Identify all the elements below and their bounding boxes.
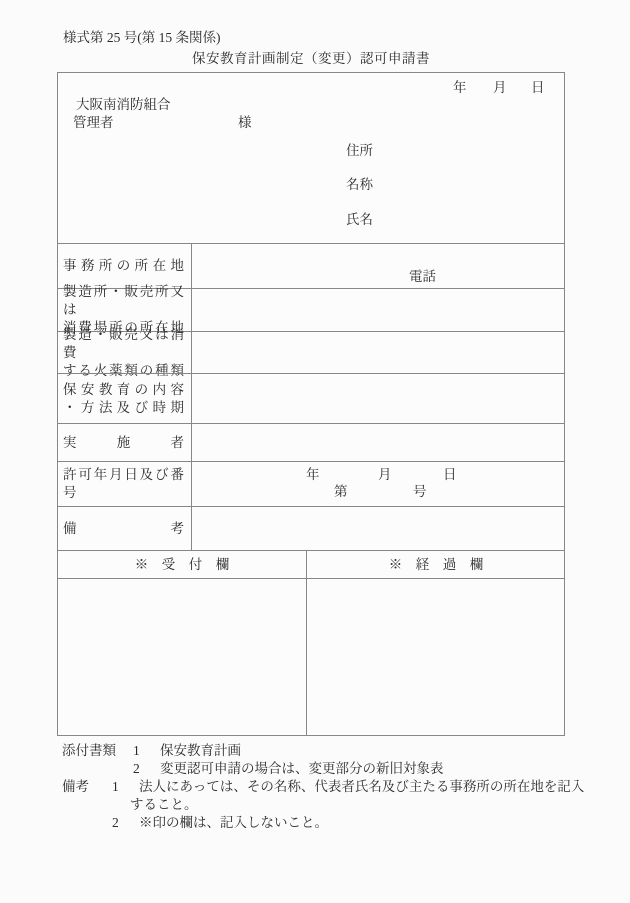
document-title: 保安教育計画制定（変更）認可申請書 — [57, 50, 565, 68]
reception-column-header: ※ 受 付 欄 — [58, 551, 307, 578]
applicant-name-label: 名称 — [346, 176, 373, 194]
row-label-cell: 許可年月日及び番号 — [58, 462, 192, 506]
attachment-2-text: 変更認可申請の場合は、変更部分の新旧対象表 — [160, 760, 444, 778]
permit-number-suffix: 号 — [413, 483, 427, 501]
attachment-1-number: 1 — [133, 742, 140, 760]
remarks-label: 備考 — [63, 520, 184, 538]
reception-column-cell — [58, 579, 307, 735]
remark-1-line1: 法人にあっては、その名称、代表者氏名及び主たる事務所の所在地を記入 — [139, 778, 584, 796]
remark-1-line2: すること。 — [130, 796, 198, 814]
office-location-label: 事務所の所在地 — [63, 257, 184, 275]
row-label-cell: 備考 — [58, 507, 192, 550]
date-day-label: 日 — [531, 79, 545, 97]
table-row-implementer: 実施者 — [58, 423, 564, 461]
row-label-cell: 製造・販売又は消費 する火薬類の種類 — [58, 332, 192, 373]
permit-number-prefix: 第 — [334, 483, 348, 501]
permit-year-label: 年 — [306, 466, 320, 484]
row-label-cell: 保安教育の内容 ・方法及び時期 — [58, 374, 192, 423]
applicant-person-label: 氏名 — [346, 211, 373, 229]
table-row-education-content: 保安教育の内容 ・方法及び時期 — [58, 373, 564, 423]
progress-column-header: ※ 経 過 欄 — [308, 551, 564, 578]
date-month-label: 月 — [493, 79, 507, 97]
attachments-label: 添付書類 — [62, 742, 116, 760]
permit-label: 許可年月日及び番号 — [63, 466, 184, 502]
table-row-permit: 許可年月日及び番号 年 月 日 第 号 — [58, 461, 564, 506]
phone-label: 電話 — [409, 268, 436, 286]
attachment-1-text: 保安教育計画 — [160, 742, 241, 760]
progress-column-cell — [308, 579, 564, 735]
remark-1-number: 1 — [112, 778, 119, 796]
form-number: 様式第 25 号(第 15 条関係) — [63, 29, 221, 47]
form-main-box: 年 月 日 大阪南消防組合 管理者 様 住所 名称 氏名 事務所の所在地 電話 … — [57, 72, 565, 736]
honorific-sama: 様 — [238, 114, 252, 132]
implementer-label: 実施者 — [63, 434, 184, 452]
stamp-header-row: ※ 受 付 欄 ※ 経 過 欄 — [58, 550, 564, 578]
applicant-address-label: 住所 — [346, 142, 373, 160]
table-row-office-location: 事務所の所在地 電話 — [58, 243, 564, 288]
row-label-cell: 事務所の所在地 — [58, 244, 192, 288]
form-document: 様式第 25 号(第 15 条関係) 保安教育計画制定（変更）認可申請書 年 月… — [0, 0, 630, 903]
permit-month-label: 月 — [378, 466, 392, 484]
addressee-title: 管理者 — [73, 114, 114, 132]
row-label-cell: 実施者 — [58, 424, 192, 461]
stamp-body-row — [58, 578, 564, 735]
remark-2-text: ※印の欄は、記入しないこと。 — [139, 814, 328, 832]
permit-day-label: 日 — [443, 466, 457, 484]
explosives-type-label: 製造・販売又は消費 する火薬類の種類 — [63, 326, 184, 380]
attachment-2-number: 2 — [133, 760, 140, 778]
remark-2-number: 2 — [112, 814, 119, 832]
table-row-explosives-type: 製造・販売又は消費 する火薬類の種類 — [58, 331, 564, 373]
date-year-label: 年 — [453, 79, 467, 97]
education-content-label: 保安教育の内容 ・方法及び時期 — [63, 381, 184, 417]
remarks-notes-label: 備考 — [62, 778, 89, 796]
addressee-organization: 大阪南消防組合 — [76, 96, 171, 114]
table-row-remarks: 備考 — [58, 506, 564, 550]
